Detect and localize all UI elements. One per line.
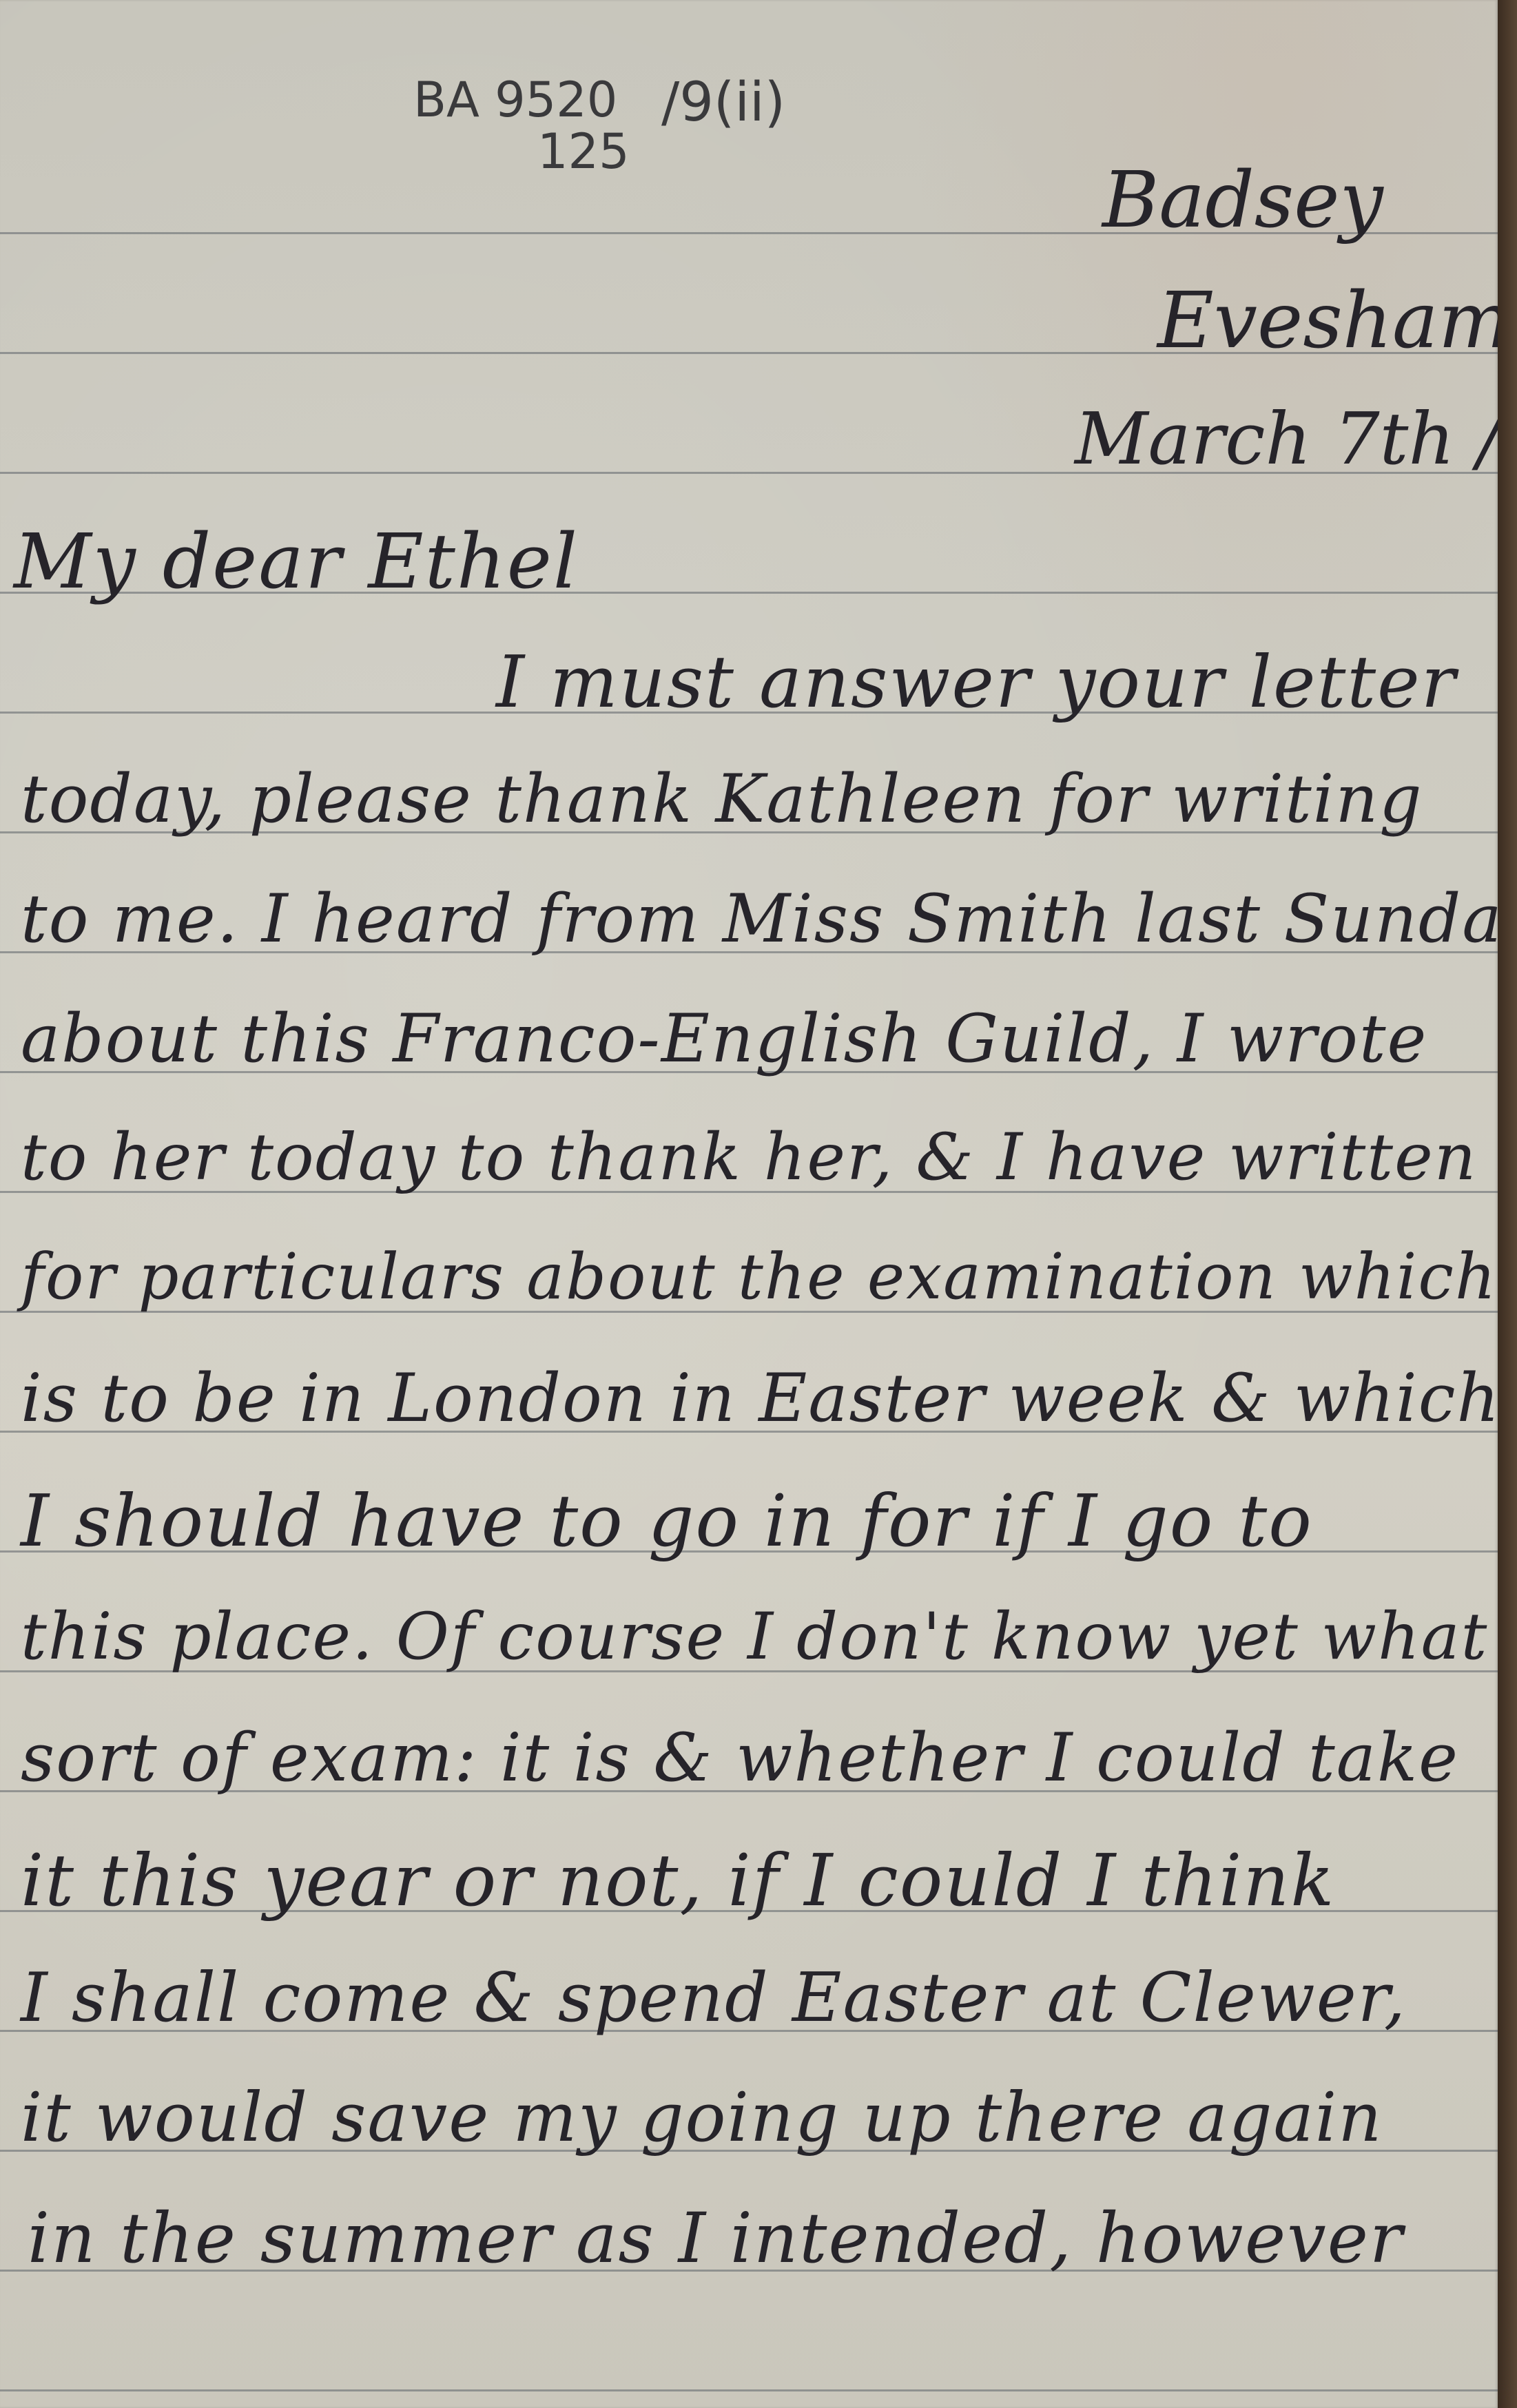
body-line: it would save my going up there again [21, 2084, 1383, 2152]
address-line-2: Evesham [1157, 282, 1511, 360]
address-line-1: Badsey [1102, 162, 1383, 239]
ruled-line [0, 2389, 1498, 2391]
archive-item-number: 125 [537, 127, 630, 176]
salutation: My dear Ethel [14, 523, 579, 599]
archive-reference-number: BA 9520 [413, 76, 617, 124]
body-line: about this Franco-English Guild, I wrote [21, 1006, 1427, 1072]
body-line: sort of exam: it is & whether I could ta… [21, 1725, 1459, 1791]
body-line: to me. I heard from Miss Smith last Sund… [21, 886, 1517, 952]
body-line: I should have to go in for if I go to [21, 1485, 1313, 1557]
body-line: I must answer your letter [496, 646, 1456, 718]
body-line: for particulars about the examination wh… [21, 1245, 1497, 1309]
background-edge [1498, 0, 1517, 2408]
body-line: in the summer as I intended, however [28, 2204, 1404, 2273]
letter-page: BA 9520 /9(ii) 125 Badsey Evesham March … [0, 0, 1498, 2408]
archive-reference-suffix: /9(ii) [661, 76, 785, 129]
body-line: is to be in London in Easter week & whic… [21, 1365, 1500, 1431]
body-line: today, please thank Kathleen for writing [21, 766, 1423, 832]
body-line: it this year or not, if I could I think [21, 1845, 1335, 1916]
letter-date: March 7th /00 [1075, 403, 1517, 475]
body-line: this place. Of course I don't know yet w… [21, 1605, 1488, 1670]
body-line: I shall come & spend Easter at Clewer, [21, 1964, 1407, 2032]
body-line: to her today to thank her, & I have writ… [21, 1125, 1477, 1190]
